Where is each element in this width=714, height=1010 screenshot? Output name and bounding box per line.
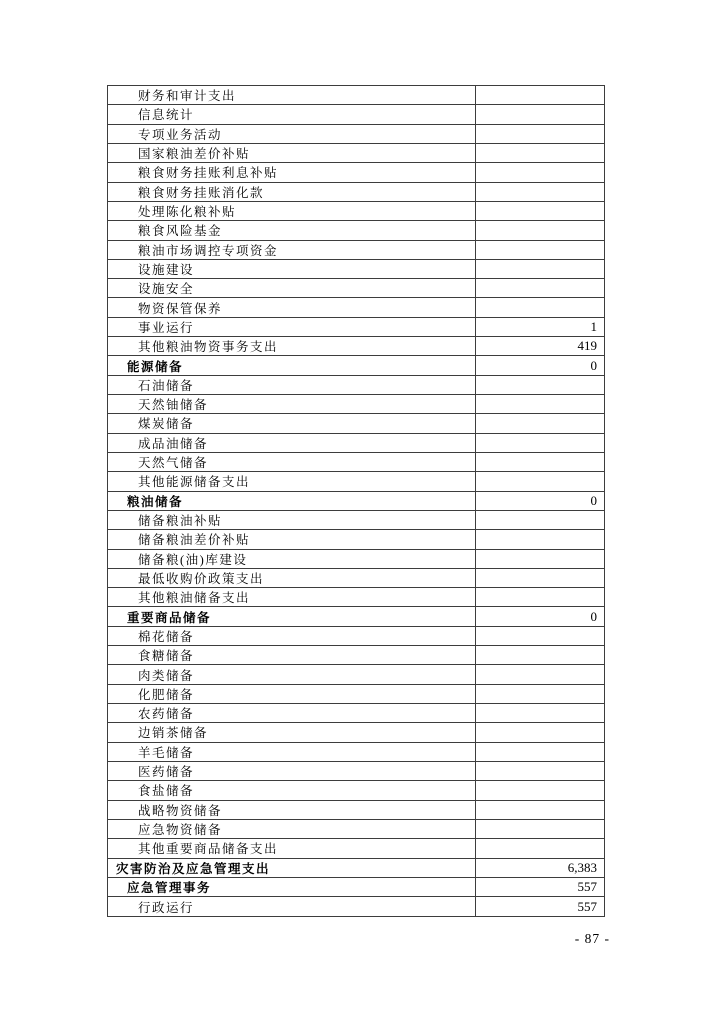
item-value xyxy=(476,240,605,259)
item-label: 储备粮(油)库建设 xyxy=(108,549,476,568)
item-value xyxy=(476,781,605,800)
item-value xyxy=(476,742,605,761)
table-row: 棉花储备 xyxy=(108,626,605,645)
table-row: 设施建设 xyxy=(108,259,605,278)
item-value: 0 xyxy=(476,356,605,375)
table-row: 粮食财务挂账利息补贴 xyxy=(108,163,605,182)
item-value: 419 xyxy=(476,337,605,356)
table-row: 粮食财务挂账消化款 xyxy=(108,182,605,201)
item-value xyxy=(476,761,605,780)
table-row: 其他重要商品储备支出 xyxy=(108,839,605,858)
table-row: 食糖储备 xyxy=(108,646,605,665)
table-row: 储备粮油补贴 xyxy=(108,510,605,529)
table-row: 化肥储备 xyxy=(108,684,605,703)
item-value: 6,383 xyxy=(476,858,605,877)
item-label: 财务和审计支出 xyxy=(108,86,476,105)
item-value xyxy=(476,568,605,587)
item-label: 粮食财务挂账利息补贴 xyxy=(108,163,476,182)
item-value xyxy=(476,704,605,723)
table-row: 行政运行557 xyxy=(108,897,605,917)
item-value xyxy=(476,259,605,278)
item-label: 应急物资储备 xyxy=(108,819,476,838)
item-label: 能源储备 xyxy=(108,356,476,375)
table-row: 农药储备 xyxy=(108,704,605,723)
table-row: 天然铀储备 xyxy=(108,395,605,414)
item-value xyxy=(476,279,605,298)
item-value xyxy=(476,182,605,201)
item-value xyxy=(476,201,605,220)
item-label: 灾害防治及应急管理支出 xyxy=(108,858,476,877)
table-row: 财务和审计支出 xyxy=(108,86,605,105)
item-label: 战略物资储备 xyxy=(108,800,476,819)
item-label: 煤炭储备 xyxy=(108,414,476,433)
item-label: 粮油市场调控专项资金 xyxy=(108,240,476,259)
item-label: 其他粮油储备支出 xyxy=(108,588,476,607)
item-value: 0 xyxy=(476,491,605,510)
table-row: 其他粮油储备支出 xyxy=(108,588,605,607)
item-value: 557 xyxy=(476,897,605,917)
item-label: 羊毛储备 xyxy=(108,742,476,761)
table-row: 粮油市场调控专项资金 xyxy=(108,240,605,259)
item-label: 事业运行 xyxy=(108,317,476,336)
item-value xyxy=(476,221,605,240)
table-row: 重要商品储备0 xyxy=(108,607,605,626)
table-row: 物资保管保养 xyxy=(108,298,605,317)
item-value xyxy=(476,433,605,452)
item-label: 食盐储备 xyxy=(108,781,476,800)
table-row: 羊毛储备 xyxy=(108,742,605,761)
item-label: 石油储备 xyxy=(108,375,476,394)
item-value xyxy=(476,819,605,838)
page-number: - 87 - xyxy=(500,931,610,947)
item-value xyxy=(476,530,605,549)
item-label: 棉花储备 xyxy=(108,626,476,645)
item-value xyxy=(476,395,605,414)
item-label: 专项业务活动 xyxy=(108,124,476,143)
item-value: 0 xyxy=(476,607,605,626)
table-row: 煤炭储备 xyxy=(108,414,605,433)
item-label: 农药储备 xyxy=(108,704,476,723)
budget-table-body: 财务和审计支出信息统计专项业务活动国家粮油差价补贴粮食财务挂账利息补贴粮食财务挂… xyxy=(108,86,605,917)
table-row: 医药储备 xyxy=(108,761,605,780)
item-value xyxy=(476,800,605,819)
table-row: 储备粮油差价补贴 xyxy=(108,530,605,549)
item-label: 处理陈化粮补贴 xyxy=(108,201,476,220)
table-row: 国家粮油差价补贴 xyxy=(108,143,605,162)
item-label: 储备粮油补贴 xyxy=(108,510,476,529)
item-label: 粮食财务挂账消化款 xyxy=(108,182,476,201)
table-row: 应急物资储备 xyxy=(108,819,605,838)
item-label: 肉类储备 xyxy=(108,665,476,684)
table-row: 储备粮(油)库建设 xyxy=(108,549,605,568)
table-row: 事业运行1 xyxy=(108,317,605,336)
item-value xyxy=(476,375,605,394)
item-value xyxy=(476,414,605,433)
item-value: 557 xyxy=(476,877,605,896)
item-value xyxy=(476,839,605,858)
table-row: 边销茶储备 xyxy=(108,723,605,742)
table-row: 成品油储备 xyxy=(108,433,605,452)
table-row: 专项业务活动 xyxy=(108,124,605,143)
item-value xyxy=(476,588,605,607)
item-label: 物资保管保养 xyxy=(108,298,476,317)
item-value xyxy=(476,665,605,684)
item-value xyxy=(476,298,605,317)
table-row: 应急管理事务557 xyxy=(108,877,605,896)
item-value xyxy=(476,452,605,471)
item-value xyxy=(476,472,605,491)
item-value: 1 xyxy=(476,317,605,336)
item-label: 国家粮油差价补贴 xyxy=(108,143,476,162)
table-row: 粮油储备0 xyxy=(108,491,605,510)
item-label: 最低收购价政策支出 xyxy=(108,568,476,587)
item-label: 重要商品储备 xyxy=(108,607,476,626)
item-label: 粮食风险基金 xyxy=(108,221,476,240)
table-row: 处理陈化粮补贴 xyxy=(108,201,605,220)
item-label: 设施建设 xyxy=(108,259,476,278)
item-value xyxy=(476,684,605,703)
item-label: 化肥储备 xyxy=(108,684,476,703)
item-value xyxy=(476,143,605,162)
item-label: 信息统计 xyxy=(108,105,476,124)
table-row: 最低收购价政策支出 xyxy=(108,568,605,587)
item-label: 应急管理事务 xyxy=(108,877,476,896)
item-value xyxy=(476,124,605,143)
budget-table: 财务和审计支出信息统计专项业务活动国家粮油差价补贴粮食财务挂账利息补贴粮食财务挂… xyxy=(107,85,605,917)
table-row: 其他能源储备支出 xyxy=(108,472,605,491)
table-row: 石油储备 xyxy=(108,375,605,394)
item-label: 粮油储备 xyxy=(108,491,476,510)
item-value xyxy=(476,163,605,182)
item-label: 天然气储备 xyxy=(108,452,476,471)
item-label: 储备粮油差价补贴 xyxy=(108,530,476,549)
table-row: 其他粮油物资事务支出419 xyxy=(108,337,605,356)
item-label: 成品油储备 xyxy=(108,433,476,452)
item-value xyxy=(476,510,605,529)
item-label: 行政运行 xyxy=(108,897,476,917)
item-value xyxy=(476,105,605,124)
item-value xyxy=(476,86,605,105)
item-value xyxy=(476,723,605,742)
item-label: 其他粮油物资事务支出 xyxy=(108,337,476,356)
table-row: 战略物资储备 xyxy=(108,800,605,819)
item-label: 边销茶储备 xyxy=(108,723,476,742)
item-label: 食糖储备 xyxy=(108,646,476,665)
table-row: 设施安全 xyxy=(108,279,605,298)
table-row: 灾害防治及应急管理支出6,383 xyxy=(108,858,605,877)
table-row: 粮食风险基金 xyxy=(108,221,605,240)
item-label: 天然铀储备 xyxy=(108,395,476,414)
item-label: 设施安全 xyxy=(108,279,476,298)
table-row: 肉类储备 xyxy=(108,665,605,684)
item-value xyxy=(476,646,605,665)
table-row: 天然气储备 xyxy=(108,452,605,471)
item-label: 其他能源储备支出 xyxy=(108,472,476,491)
table-row: 食盐储备 xyxy=(108,781,605,800)
item-label: 其他重要商品储备支出 xyxy=(108,839,476,858)
table-row: 能源储备0 xyxy=(108,356,605,375)
item-value xyxy=(476,549,605,568)
item-label: 医药储备 xyxy=(108,761,476,780)
item-value xyxy=(476,626,605,645)
table-row: 信息统计 xyxy=(108,105,605,124)
